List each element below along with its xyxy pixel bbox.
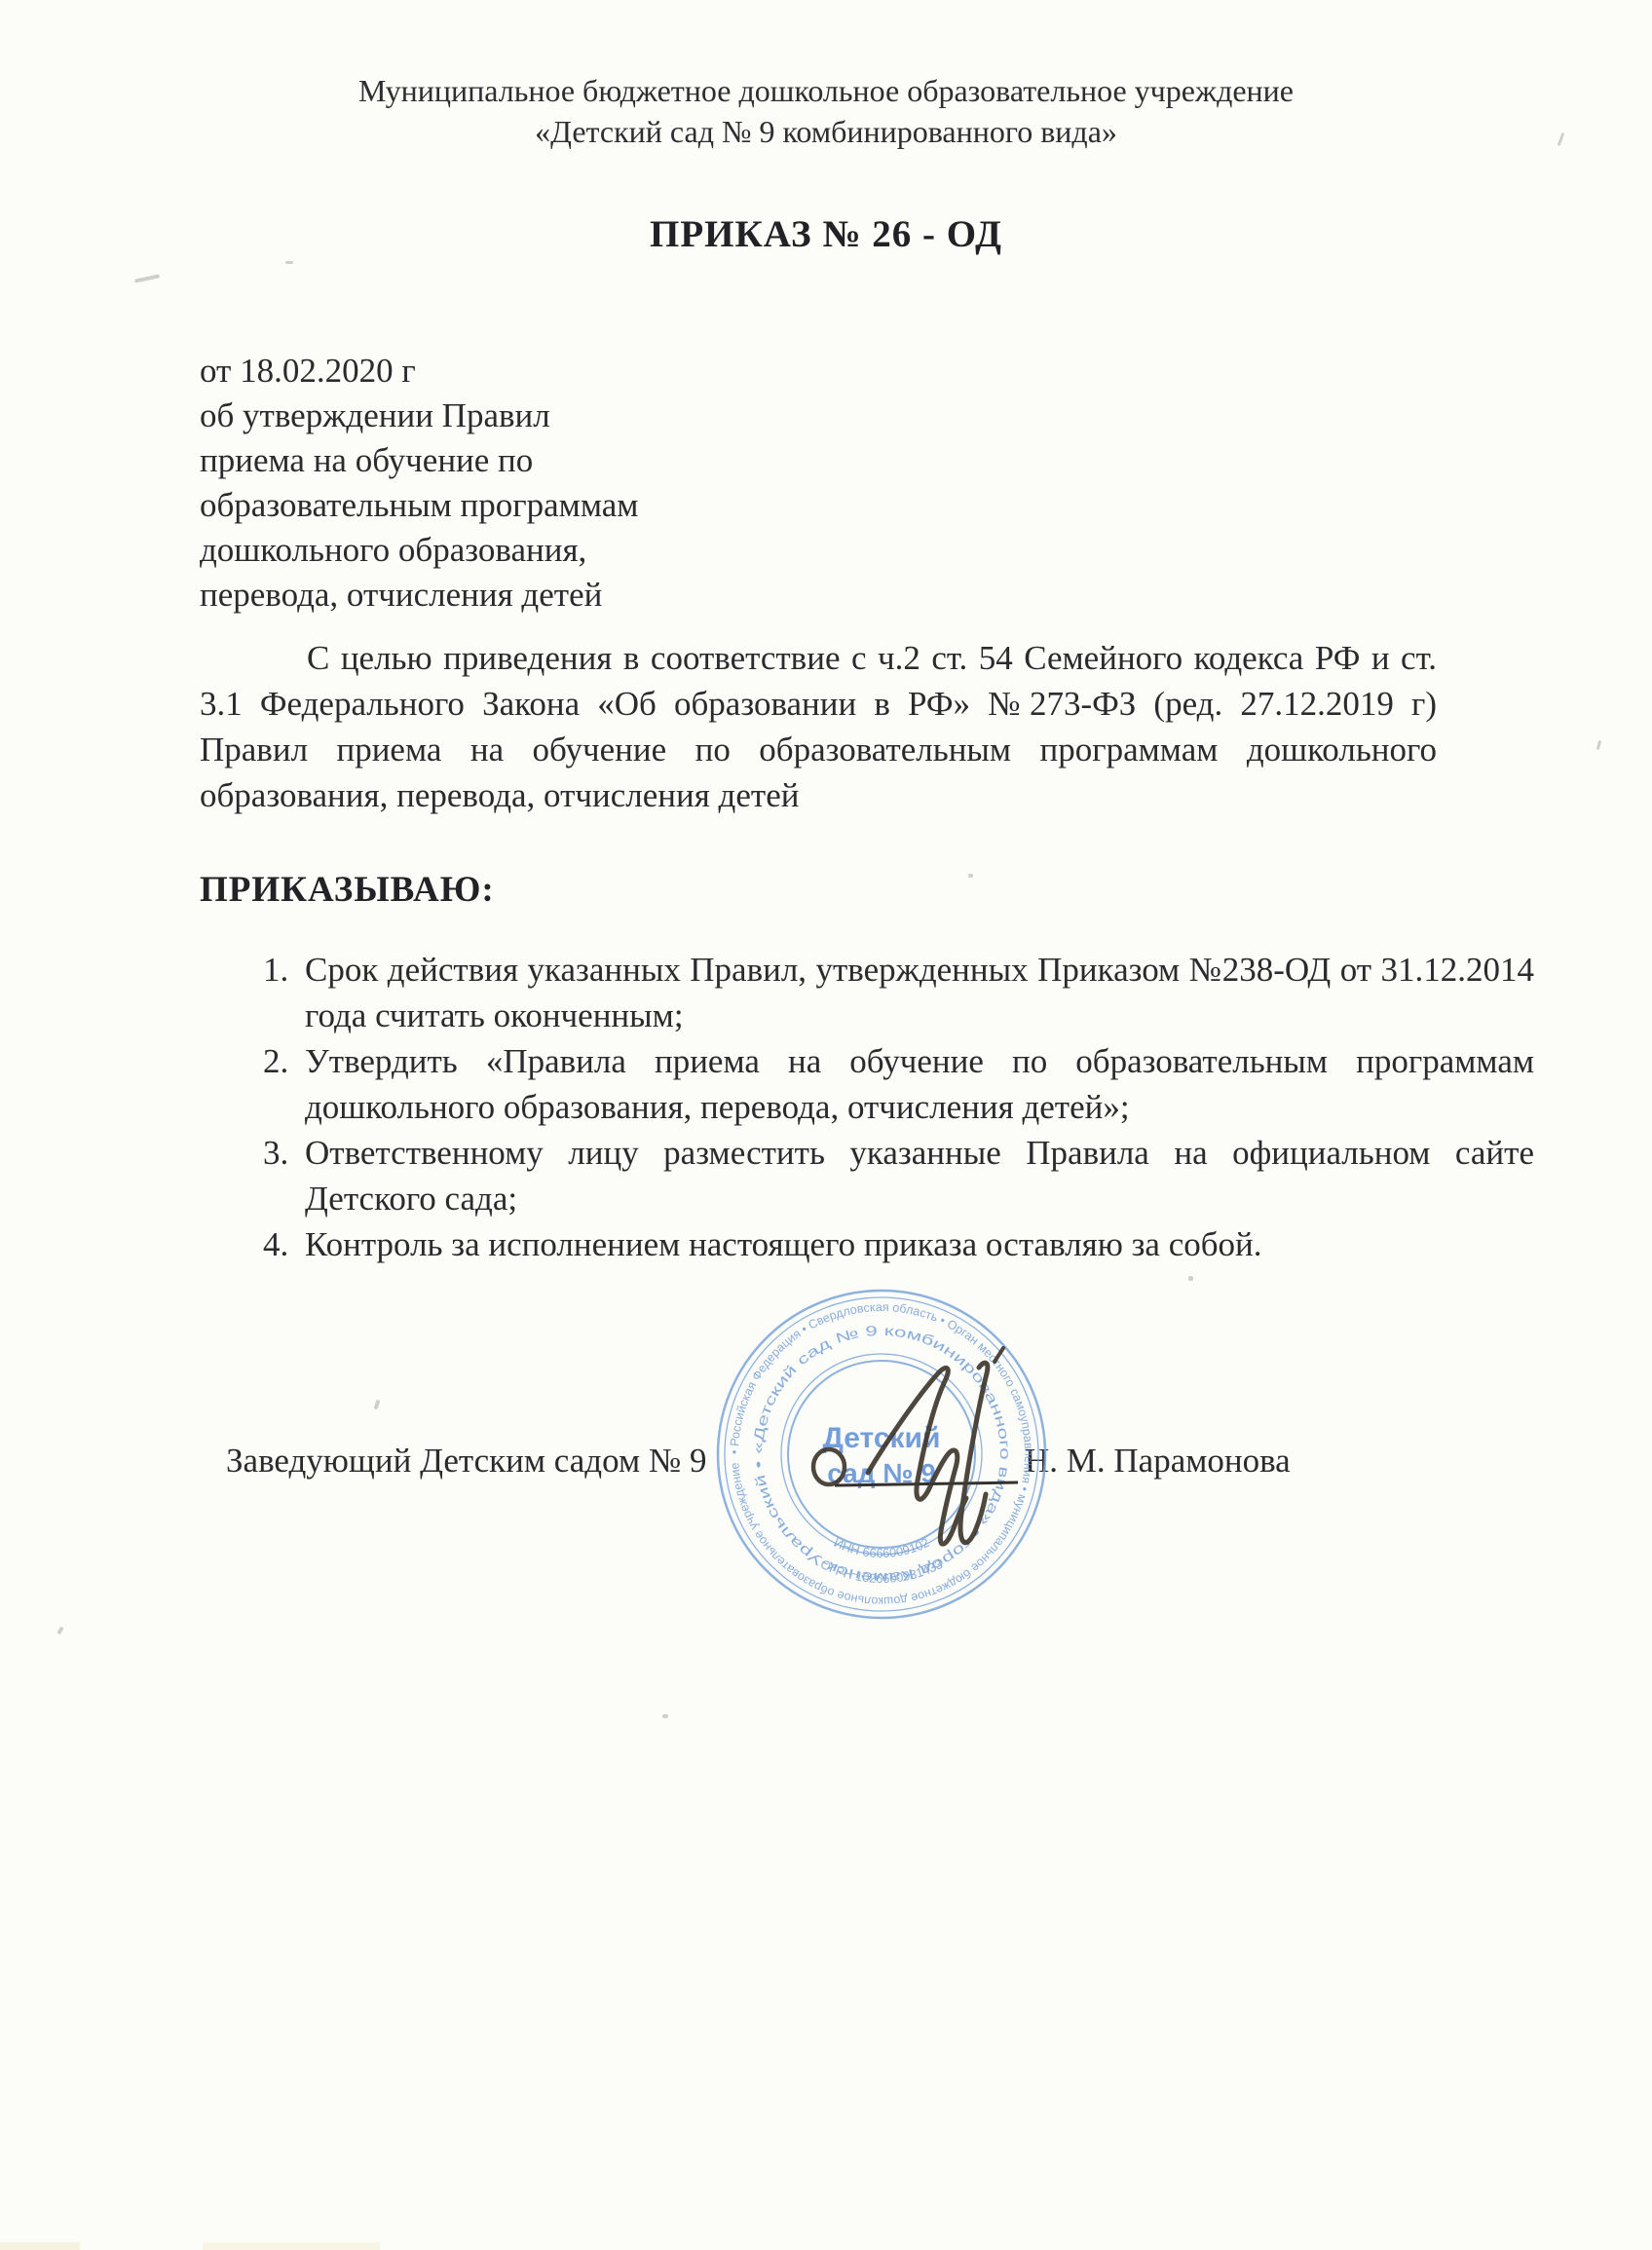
scan-speck	[56, 1627, 63, 1635]
document-page: Муниципальное бюджетное дошкольное образ…	[0, 0, 1652, 2250]
order-item-4: Контроль за исполнением настоящего прика…	[297, 1221, 1534, 1267]
org-header: Муниципальное бюджетное дошкольное образ…	[0, 70, 1652, 152]
scan-edge-strip	[203, 2242, 380, 2250]
order-list: Срок действия указанных Правил, утвержде…	[200, 947, 1534, 1267]
order-item-3: Ответственному лицу разместить указанные…	[297, 1130, 1534, 1221]
scan-speck	[134, 274, 160, 282]
preamble-block: от 18.02.2020 г об утверждении Правил пр…	[200, 349, 745, 618]
order-subject-line: об утверждении Правил	[200, 394, 745, 438]
scan-edge-strip	[0, 2242, 80, 2250]
order-date: от 18.02.2020 г	[200, 349, 745, 394]
order-subject-line: перевода, отчисления детей	[200, 573, 745, 618]
official-stamp: • Российская Федерация • Свердловская об…	[687, 1266, 1076, 1656]
stamp-inn-text: ИНН 6666009102	[832, 1535, 932, 1560]
scan-speck	[285, 261, 293, 264]
order-heading: ПРИКАЗЫВАЮ:	[200, 869, 495, 911]
order-subject-line: приема на обучение по	[200, 438, 745, 483]
svg-text:ИНН 6666009102: ИНН 6666009102	[832, 1535, 932, 1560]
order-item-1: Срок действия указанных Правил, утвержде…	[297, 947, 1534, 1038]
signer-role-label: Заведующий Детским садом № 9	[226, 1442, 707, 1481]
scan-speck	[1188, 1276, 1193, 1281]
order-subject-line: образовательным программам	[200, 483, 745, 528]
org-name-line2: «Детский сад № 9 комбинированного вида»	[0, 111, 1652, 152]
scan-speck	[968, 874, 973, 878]
document-title: ПРИКАЗ № 26 - ОД	[0, 212, 1652, 256]
scan-speck	[662, 1714, 668, 1718]
order-subject-line: дошкольного образования,	[200, 528, 745, 573]
scan-speck	[1596, 740, 1601, 750]
scan-speck	[374, 1400, 381, 1410]
body-paragraph: С целью приведения в соответствие с ч.2 …	[200, 635, 1437, 818]
org-name-line1: Муниципальное бюджетное дошкольное образ…	[0, 70, 1652, 111]
order-item-2: Утвердить «Правила приема на обучение по…	[297, 1038, 1534, 1130]
